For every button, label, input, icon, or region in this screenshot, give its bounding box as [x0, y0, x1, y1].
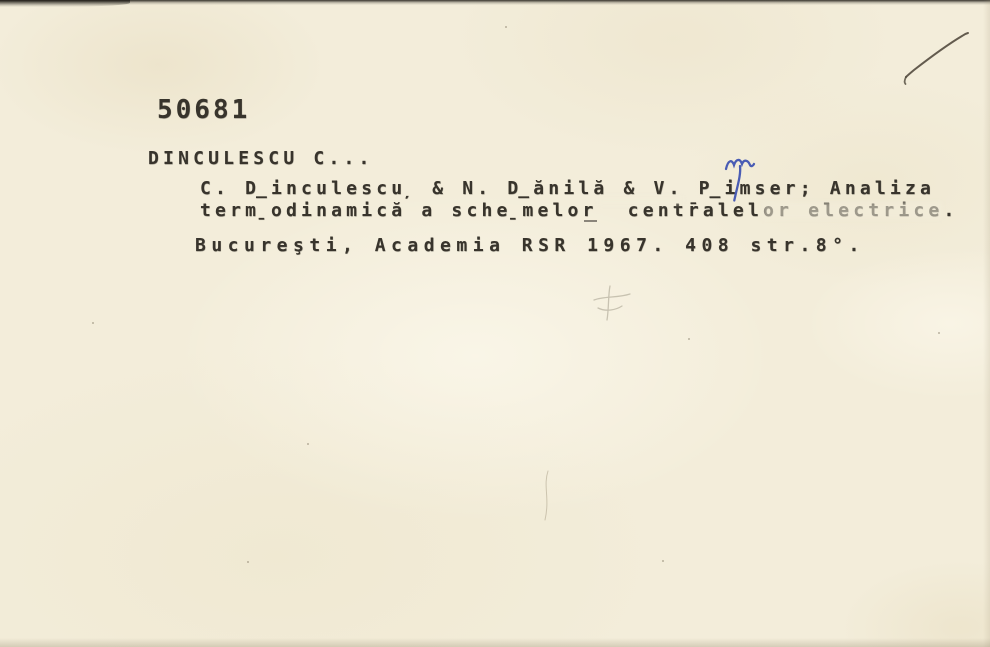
citation-line-1: C. D̲inculescu̦ & N. D̲ănilă & V. P̲imse…: [200, 180, 935, 198]
paper-scratch: [540, 468, 554, 523]
blue-ink-insertion-icon: [724, 154, 760, 204]
paper-speck: [505, 26, 507, 28]
scan-right-edge-shadow: [983, 0, 990, 647]
paper-speck: [247, 561, 249, 563]
paper-speck: [688, 338, 690, 340]
imprint-line: Bucureşti, Academia RSR 1967. 408 str.8°…: [195, 237, 865, 255]
paper-speck: [92, 322, 94, 324]
author-heading: DINCULESCU C...: [148, 150, 374, 168]
pen-checkmark-icon: [896, 30, 972, 86]
scan-top-edge-shadow: [0, 0, 990, 5]
paper-speck: [938, 332, 940, 334]
stray-typed-underscore: [584, 220, 597, 222]
pencil-scribble-mark: [588, 282, 643, 327]
catalog-card: 50681 DINCULESCU C... C. D̲inculescu̦ & …: [0, 0, 990, 647]
scan-bottom-edge-shadow: [0, 638, 990, 647]
paper-speck: [662, 560, 664, 562]
scan-top-left-edge-shadow: [0, 0, 130, 7]
citation-line-2: term̱odinamică a sche̱melor centr̄alelor…: [200, 202, 958, 220]
call-number: 50681: [157, 97, 250, 123]
paper-speck: [307, 443, 309, 445]
